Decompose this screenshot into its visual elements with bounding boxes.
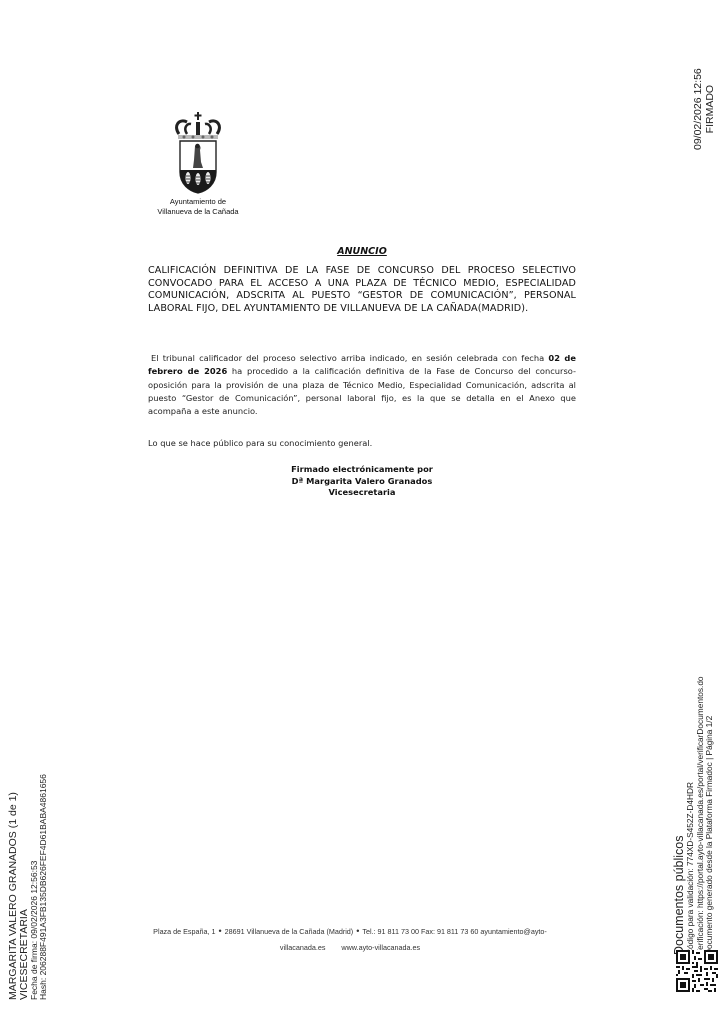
public-notice-line: Lo que se hace público para su conocimie… [148,438,576,448]
bullet-icon: • [216,926,225,936]
bullet-icon: • [353,926,362,936]
signature-line1: Firmado electrónicamente por [0,464,724,476]
signer-role: Vicesecretaria [0,487,724,499]
footer-phone-fax: Tel.: 91 811 73 00 Fax: 91 811 73 60 ayu… [362,927,546,936]
signature-block: Firmado electrónicamente por Dª Margarit… [0,464,724,499]
qr-code-icon[interactable] [676,950,718,992]
document-heading: CALIFICACIÓN DEFINITIVA DE LA FASE DE CO… [148,265,576,315]
footer-address: Plaza de España, 1 [153,927,215,936]
verification-sidebar: Documentos públicos Código para validaci… [673,676,715,955]
body-text-before-date: El tribunal calificador del proceso sele… [151,353,548,363]
footer-city: 28691 Villanueva de la Cañada (Madrid) [225,927,354,936]
document-page: Ayuntamiento de Villanueva de la Cañada … [0,0,724,1024]
stamp-datetime: 09/02/2026 12:56 [692,68,704,150]
footer-website-link[interactable]: www.ayto-villacanada.es [341,943,420,952]
signer-sidebar: MARGARITA VALERO GRANADOS (1 de 1) VICES… [8,774,48,1000]
document-type-title: ANUNCIO [0,246,724,257]
municipal-logo: Ayuntamiento de Villanueva de la Cañada [148,112,248,217]
page-footer: Plaza de España, 1•28691 Villanueva de l… [150,923,550,956]
generated-by: Documento generado desde la Plataforma F… [705,676,715,955]
coat-of-arms-icon [173,112,223,194]
signer-name: Dª Margarita Valero Granados [0,476,724,488]
stamp-status: FIRMADO [704,68,716,150]
signature-stamp: 09/02/2026 12:56 FIRMADO [692,68,716,150]
footer-email[interactable]: villacanada.es [280,943,326,952]
body-paragraph: El tribunal calificador del proceso sele… [148,352,576,418]
logo-caption-line1: Ayuntamiento de [148,197,248,207]
logo-caption: Ayuntamiento de Villanueva de la Cañada [148,197,248,217]
logo-caption-line2: Villanueva de la Cañada [148,207,248,217]
signer-sidebar-hash: Hash: 206288F491A3FB135DB626FEF4D61BABA4… [39,774,48,1000]
